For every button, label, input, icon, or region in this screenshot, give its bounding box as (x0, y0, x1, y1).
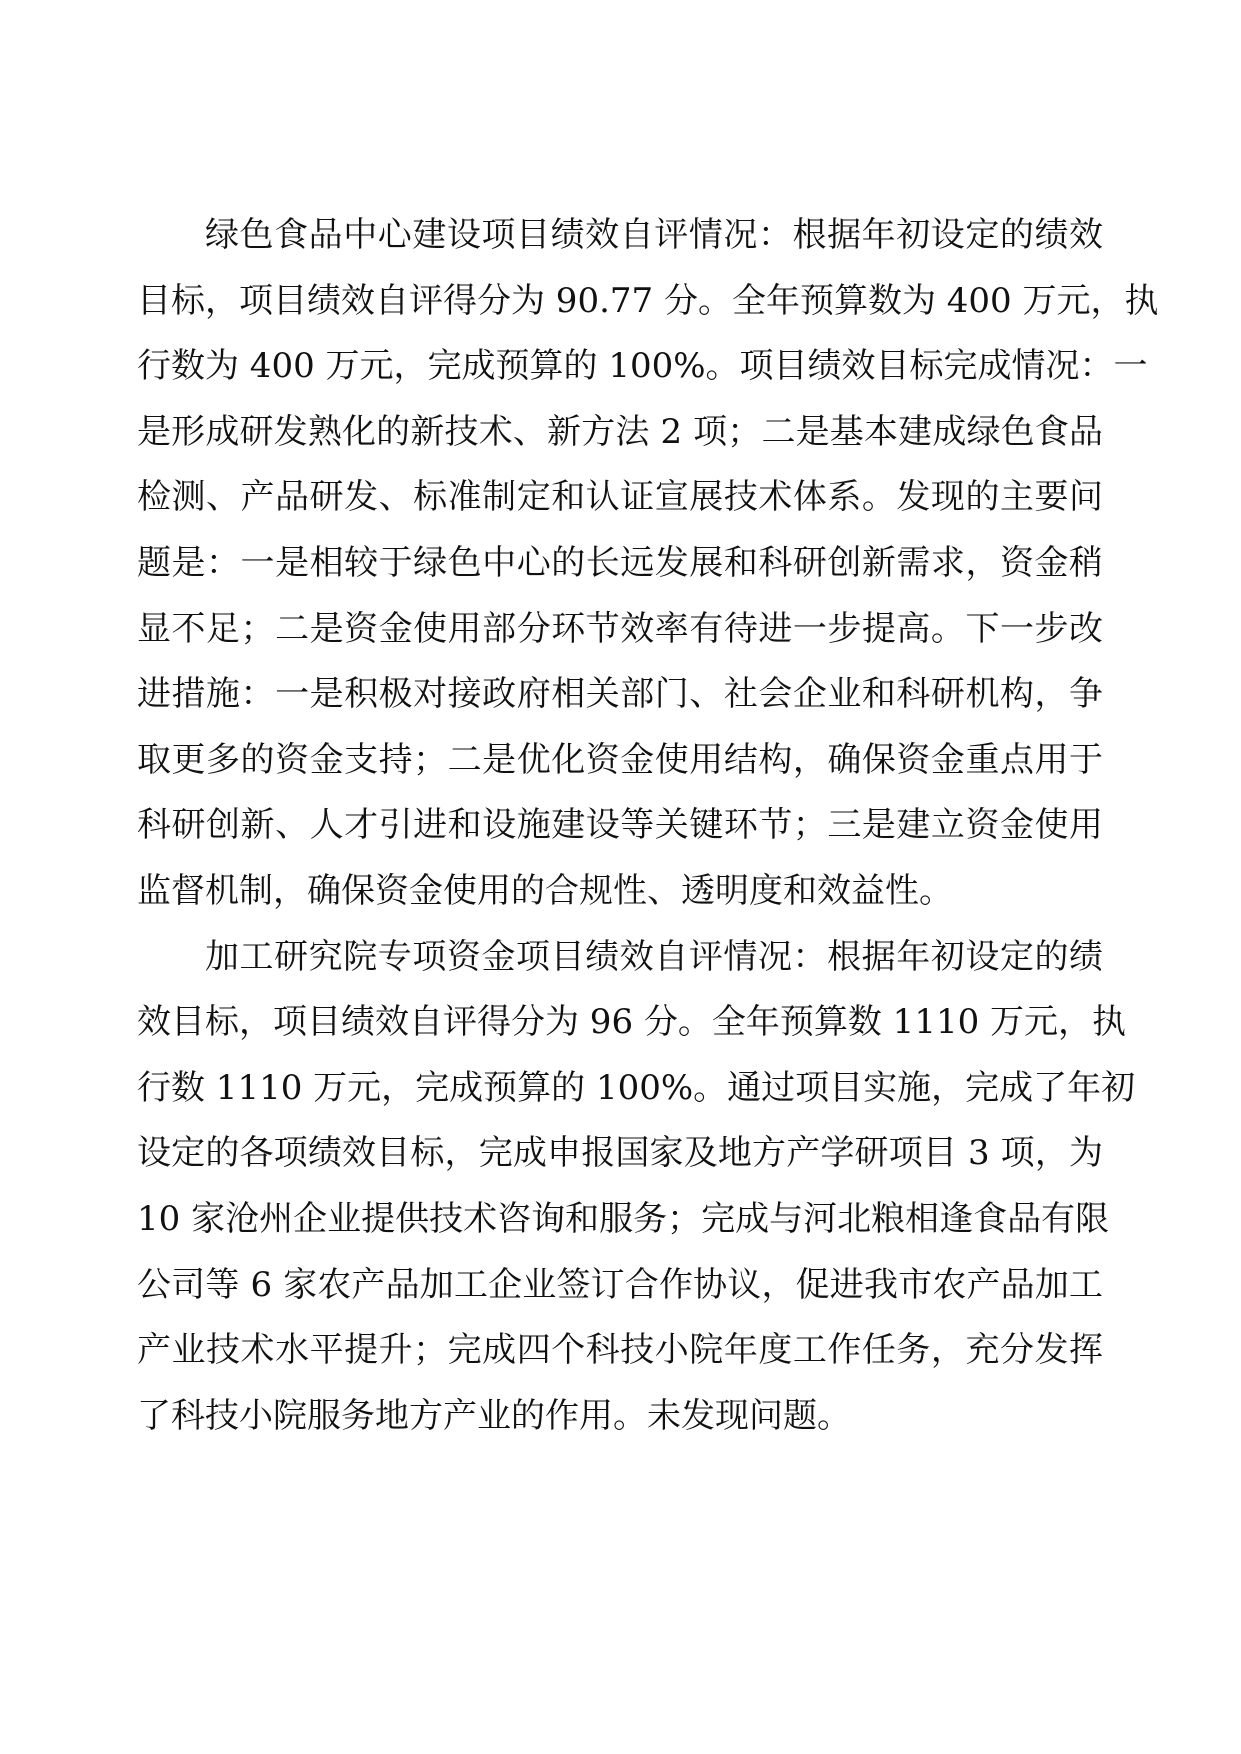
text-line: 设定的各项绩效目标，完成申报国家及地方产学研项目 3 项，为 (137, 1121, 1103, 1187)
paragraph-processing-institute: 加工研究院专项资金项目绩效自评情况：根据年初设定的绩 效目标，项目绩效自评得分为… (137, 925, 1103, 1450)
text-line: 科研创新、人才引进和设施建设等关键环节；三是建立资金使用 (137, 793, 1103, 859)
document-body: 绿色食品中心建设项目绩效自评情况：根据年初设定的绩效 目标，项目绩效自评得分为 … (137, 203, 1103, 1449)
text-line: 显不足；二是资金使用部分环节效率有待进一步提高。下一步改 (137, 597, 1103, 663)
text-line: 目标，项目绩效自评得分为 90.77 分。全年预算数为 400 万元，执 (137, 269, 1103, 335)
text-line: 加工研究院专项资金项目绩效自评情况：根据年初设定的绩 (137, 925, 1103, 991)
text-line: 10 家沧州企业提供技术咨询和服务；完成与河北粮相逢食品有限 (137, 1187, 1103, 1253)
text-line: 行数 1110 万元，完成预算的 100%。通过项目实施，完成了年初 (137, 1056, 1103, 1122)
text-line: 公司等 6 家农产品加工企业签订合作协议，促进我市农产品加工 (137, 1253, 1103, 1319)
text-line: 效目标，项目绩效自评得分为 96 分。全年预算数 1110 万元，执 (137, 990, 1103, 1056)
text-line: 监督机制，确保资金使用的合规性、透明度和效益性。 (137, 859, 1103, 925)
text-line: 行数为 400 万元，完成预算的 100%。项目绩效目标完成情况：一 (137, 334, 1103, 400)
text-line: 取更多的资金支持；二是优化资金使用结构，确保资金重点用于 (137, 728, 1103, 794)
paragraph-green-food-center: 绿色食品中心建设项目绩效自评情况：根据年初设定的绩效 目标，项目绩效自评得分为 … (137, 203, 1103, 925)
text-line: 题是：一是相较于绿色中心的长远发展和科研创新需求，资金稍 (137, 531, 1103, 597)
document-page: 绿色食品中心建设项目绩效自评情况：根据年初设定的绩效 目标，项目绩效自评得分为 … (0, 0, 1241, 1754)
text-line: 绿色食品中心建设项目绩效自评情况：根据年初设定的绩效 (137, 203, 1103, 269)
text-line: 了科技小院服务地方产业的作用。未发现问题。 (137, 1384, 1103, 1450)
text-line: 产业技术水平提升；完成四个科技小院年度工作任务，充分发挥 (137, 1318, 1103, 1384)
text-line: 是形成研发熟化的新技术、新方法 2 项；二是基本建成绿色食品 (137, 400, 1103, 466)
text-line: 检测、产品研发、标准制定和认证宣展技术体系。发现的主要问 (137, 465, 1103, 531)
text-line: 进措施：一是积极对接政府相关部门、社会企业和科研机构，争 (137, 662, 1103, 728)
